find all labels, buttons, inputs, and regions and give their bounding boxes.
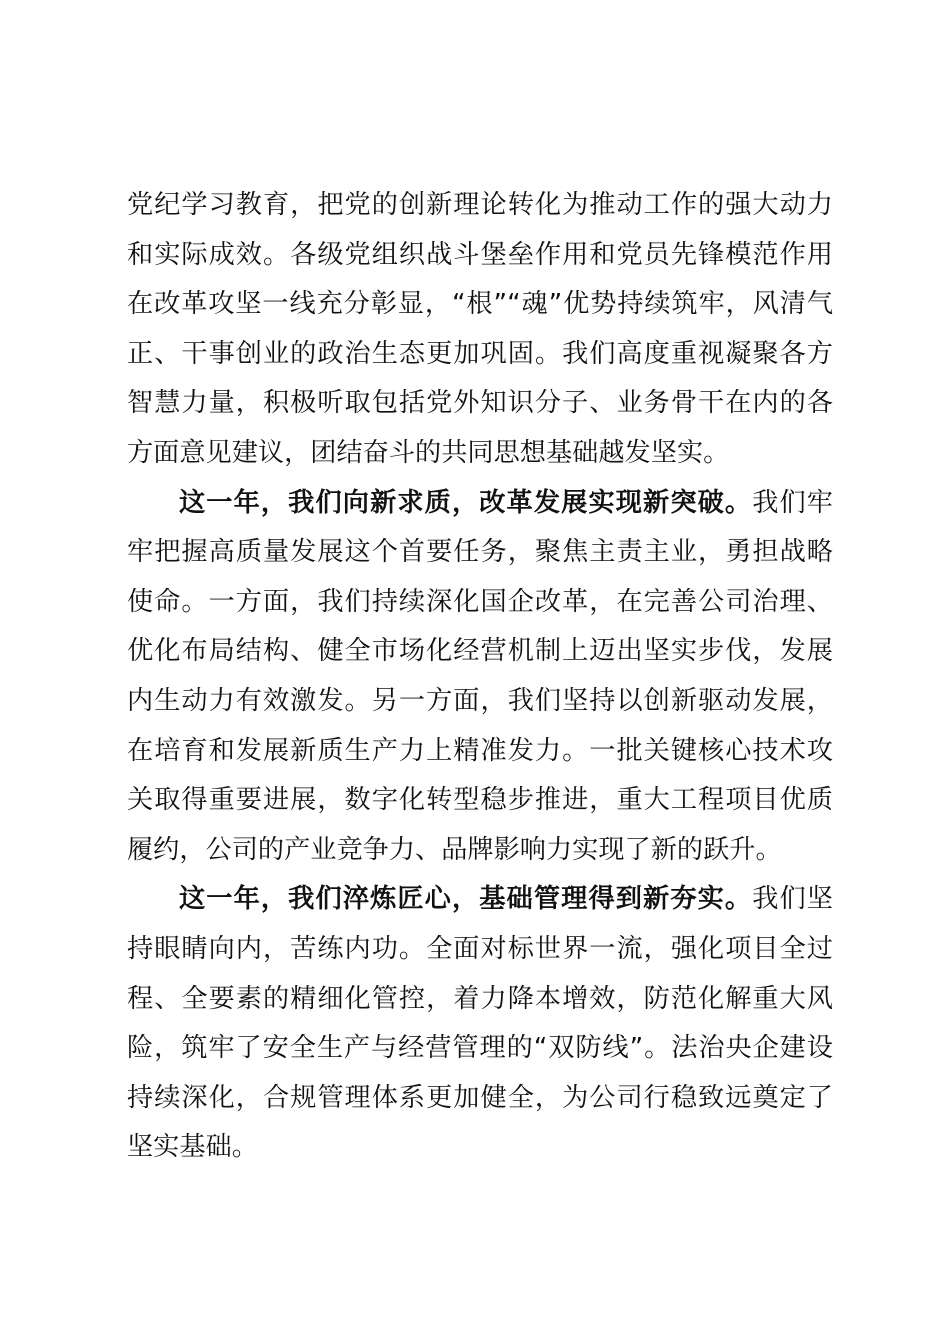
- paragraph-lead: 这一年，我们向新求质，改革发展实现新突破。: [179, 488, 752, 518]
- paragraph-body: 我们牢牢把握高质量发展这个首要任务，聚焦主责主业，勇担战略使命。一方面，我们持续…: [127, 488, 833, 865]
- paragraph-body: 党纪学习教育，把党的创新理论转化为推动工作的强大动力和实际成效。各级党组织战斗堡…: [127, 190, 833, 468]
- paragraph-body: 我们坚持眼睛向内，苦练内功。全面对标世界一流，强化项目全过程、全要素的精细化管控…: [127, 884, 833, 1162]
- paragraph-lead: 这一年，我们淬炼匠心，基础管理得到新夯实。: [179, 884, 752, 914]
- paragraph-basic-management: 这一年，我们淬炼匠心，基础管理得到新夯实。我们坚持眼睛向内，苦练内功。全面对标世…: [127, 875, 833, 1173]
- paragraph-reform-development: 这一年，我们向新求质，改革发展实现新突破。我们牢牢把握高质量发展这个首要任务，聚…: [127, 479, 833, 876]
- paragraph-continuation: 党纪学习教育，把党的创新理论转化为推动工作的强大动力和实际成效。各级党组织战斗堡…: [127, 181, 833, 479]
- document-page: 党纪学习教育，把党的创新理论转化为推动工作的强大动力和实际成效。各级党组织战斗堡…: [127, 181, 833, 1173]
